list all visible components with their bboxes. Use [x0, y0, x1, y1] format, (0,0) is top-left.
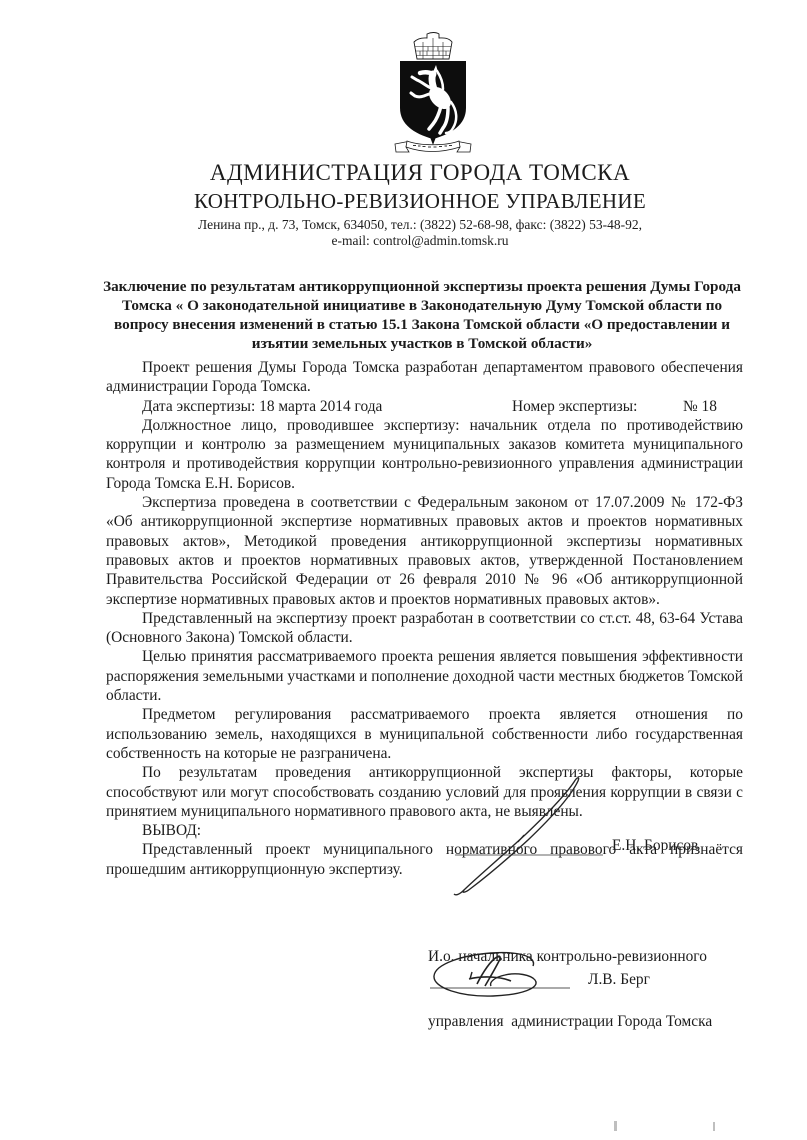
paragraph-legal-basis: Экспертиза проведена в соответствии с Фе… [106, 493, 743, 609]
tomsk-city-coat-of-arms-icon [393, 28, 473, 162]
signatory-title: И.о. начальника контрольно-ревизионного … [428, 903, 758, 1075]
document-body: Проект решения Думы Города Томска разраб… [106, 358, 743, 879]
address-line: Ленина пр., д. 73, Томск, 634050, тел.: … [60, 217, 780, 233]
paragraph-charter: Представленный на экспертизу проект разр… [106, 609, 743, 648]
signatory-name-borisov: Е.Н. Борисов [612, 837, 698, 855]
expertise-number-value: № 18 [683, 397, 717, 416]
expertise-date: Дата экспертизы: 18 марта 2014 года [142, 397, 382, 416]
document-title: Заключение по результатам антикоррупцион… [95, 277, 749, 353]
signatory-name-berg: Л.В. Берг [588, 971, 650, 989]
paragraph-subject: Предметом регулирования рассматриваемого… [106, 705, 743, 763]
paragraph-goal: Целью принятия рассматриваемого проекта … [106, 647, 743, 705]
paragraph-project-origin: Проект решения Думы Города Томска разраб… [106, 358, 743, 397]
paragraph-official: Должностное лицо, проводившее экспертизу… [106, 416, 743, 493]
email-line: e-mail: control@admin.tomsk.ru [60, 233, 780, 249]
signatory-title-line2: управления администрации Города Томска [428, 1011, 758, 1033]
expertise-number-label: Номер экспертизы: [512, 397, 637, 416]
organization-name: АДМИНИСТРАЦИЯ ГОРОДА ТОМСКА [60, 160, 780, 186]
signatory-title-line1: И.о. начальника контрольно-ревизионного [428, 946, 758, 968]
document-page: АДМИНИСТРАЦИЯ ГОРОДА ТОМСКА КОНТРОЛЬНО-Р… [0, 0, 807, 1140]
scan-artifact-mark [614, 1121, 617, 1131]
department-name: КОНТРОЛЬНО-РЕВИЗИОННОЕ УПРАВЛЕНИЕ [60, 189, 780, 214]
mural-crown-icon [414, 33, 452, 60]
scan-artifact-mark [713, 1122, 715, 1131]
paragraph-results: По результатам проведения антикоррупцион… [106, 763, 743, 821]
expertise-meta-row: Дата экспертизы: 18 марта 2014 года Номе… [106, 397, 743, 416]
